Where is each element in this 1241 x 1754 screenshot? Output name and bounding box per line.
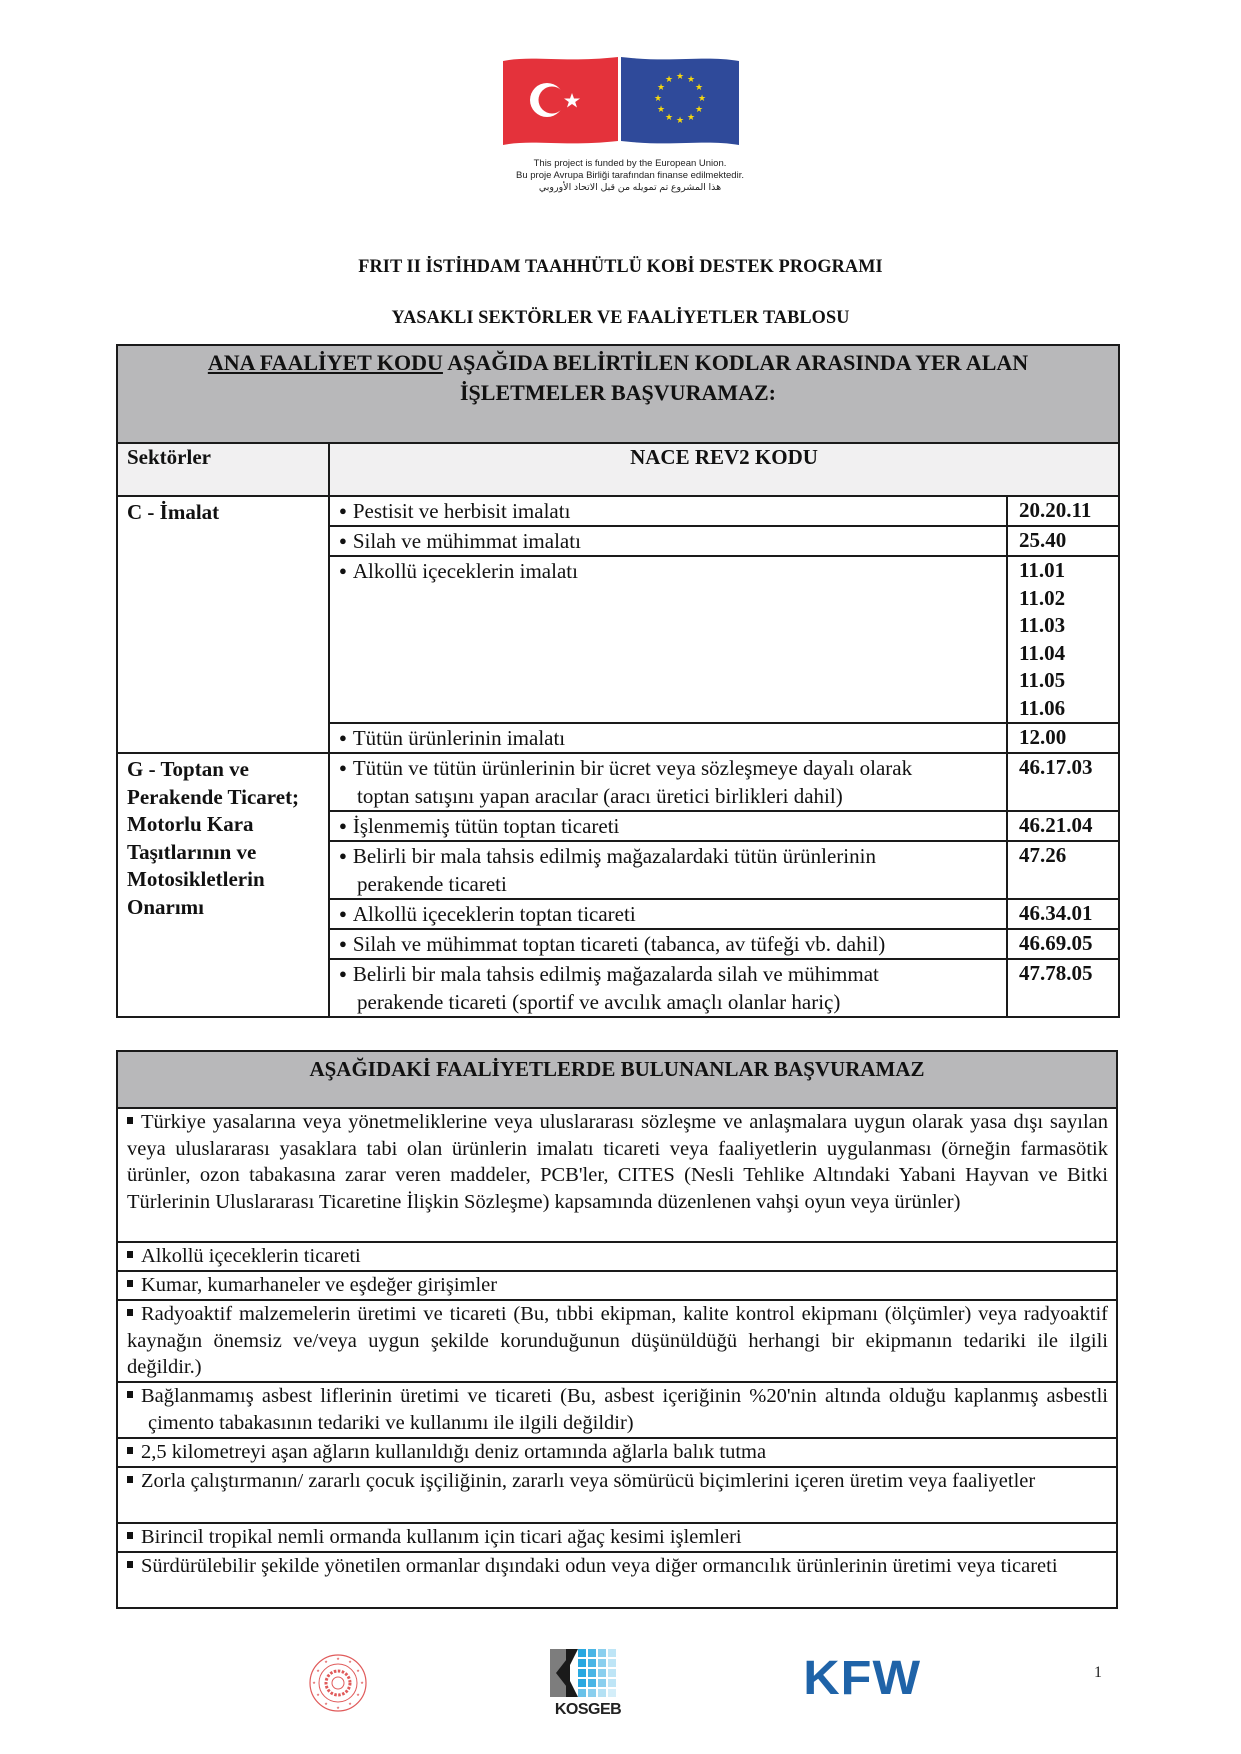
svg-text:★: ★ bbox=[324, 1659, 328, 1664]
eu-turkey-flags-logo: ★★★ ★★★ ★★★ ★★★ bbox=[503, 55, 739, 145]
svg-text:★: ★ bbox=[695, 105, 703, 115]
nace-code: 20.20.11 bbox=[1007, 496, 1119, 526]
svg-text:★: ★ bbox=[360, 1680, 364, 1685]
svg-text:★: ★ bbox=[676, 72, 684, 82]
list-item: Zorla çalıştırmanın/ zararlı çocuk işçil… bbox=[117, 1467, 1117, 1523]
table1-banner: ANA FAALİYET KODU AŞAĞIDA BELİRTİLEN KOD… bbox=[117, 345, 1119, 443]
svg-text:★: ★ bbox=[316, 1692, 320, 1697]
svg-text:★: ★ bbox=[665, 113, 673, 123]
banner-underlined: ANA FAALİYET KODU bbox=[208, 350, 443, 375]
nace-code: 25.40 bbox=[1007, 526, 1119, 556]
svg-text:★: ★ bbox=[657, 83, 665, 93]
table-row: G - Toptan ve Perakende Ticaret; Motorlu… bbox=[117, 753, 1119, 811]
kosgeb-grid-icon bbox=[548, 1645, 628, 1701]
activity-text: Alkollü içeceklerin toptan ticareti bbox=[353, 902, 636, 926]
svg-text:★: ★ bbox=[348, 1701, 352, 1706]
nace-code: 46.17.03 bbox=[1007, 753, 1119, 811]
nace-code: 46.34.01 bbox=[1007, 899, 1119, 929]
program-title: FRIT II İSTİHDAM TAAHHÜTLÜ KOBİ DESTEK P… bbox=[25, 256, 1216, 278]
svg-text:★: ★ bbox=[665, 75, 673, 85]
svg-text:★: ★ bbox=[348, 1659, 352, 1664]
bullet-icon bbox=[127, 1391, 133, 1398]
svg-text:★: ★ bbox=[356, 1668, 360, 1673]
list-item: Kumar, kumarhaneler ve eşdeğer girişimle… bbox=[117, 1271, 1117, 1300]
eu-flag-icon: ★★★ ★★★ ★★★ ★★★ bbox=[621, 57, 739, 145]
bullet-icon bbox=[127, 1532, 133, 1539]
header-sectors: Sektörler bbox=[117, 443, 329, 496]
nace-code: 47.78.05 bbox=[1007, 959, 1119, 1017]
nace-code-list: 11.01 11.02 11.03 11.04 11.05 11.06 bbox=[1007, 556, 1119, 723]
prohibited-activities-table: AŞAĞIDAKİ FAALİYETLERDE BULUNANLAR BAŞVU… bbox=[116, 1050, 1118, 1609]
svg-text:★: ★ bbox=[695, 83, 703, 93]
nace-code: 46.21.04 bbox=[1007, 811, 1119, 841]
bullet-icon bbox=[127, 1309, 133, 1316]
banner-line2: İŞLETMELER BAŞVURAMAZ: bbox=[460, 380, 776, 405]
list-item: 2,5 kilometreyi aşan ağların kullanıldığ… bbox=[117, 1438, 1117, 1467]
activity-text: Belirli bir mala tahsis edilmiş mağazala… bbox=[353, 844, 876, 868]
svg-text:★: ★ bbox=[676, 116, 684, 126]
bullet-icon bbox=[127, 1561, 133, 1568]
bullet-icon bbox=[127, 1476, 133, 1483]
prohibited-sectors-table: ANA FAALİYET KODU AŞAĞIDA BELİRTİLEN KOD… bbox=[116, 344, 1120, 1018]
svg-text:★: ★ bbox=[698, 94, 706, 104]
banner-rest: AŞAĞIDA BELİRTİLEN KODLAR ARASINDA YER A… bbox=[443, 350, 1028, 375]
list-item: Sürdürülebilir şekilde yönetilen ormanla… bbox=[117, 1552, 1117, 1608]
eu-funding-caption: This project is funded by the European U… bbox=[430, 158, 830, 194]
list-item: Alkollü içeceklerin ticareti bbox=[117, 1242, 1117, 1271]
activity-text: İşlenmemiş tütün toptan ticareti bbox=[353, 814, 620, 838]
list-item: Bağlanmamış asbest liflerinin üretimi ve… bbox=[117, 1382, 1117, 1438]
page-number: 1 bbox=[1094, 1664, 1102, 1682]
activity-text: Alkollü içeceklerin imalatı bbox=[353, 559, 578, 583]
kfw-logo: KFW bbox=[803, 1651, 921, 1706]
bullet-icon bbox=[127, 1280, 133, 1287]
nace-code: 12.00 bbox=[1007, 723, 1119, 753]
svg-text:★: ★ bbox=[687, 113, 695, 123]
sector-cell: C - İmalat bbox=[117, 496, 329, 753]
activity-text: Pestisit ve herbisit imalatı bbox=[353, 499, 571, 523]
kosgeb-logo: KOSGEB bbox=[548, 1645, 628, 1720]
list-item: Türkiye yasalarına veya yönetmeliklerine… bbox=[117, 1108, 1117, 1242]
bullet-icon bbox=[127, 1447, 133, 1454]
activity-text: Silah ve mühimmat toptan ticareti (taban… bbox=[353, 932, 885, 956]
svg-text:★: ★ bbox=[657, 105, 665, 115]
bullet-icon bbox=[127, 1117, 133, 1124]
svg-text:★: ★ bbox=[654, 94, 662, 104]
header-nace: NACE REV2 KODU bbox=[329, 443, 1119, 496]
activity-text: Tütün ürünlerinin imalatı bbox=[353, 726, 565, 750]
table2-banner: AŞAĞIDAKİ FAALİYETLERDE BULUNANLAR BAŞVU… bbox=[117, 1051, 1117, 1108]
caption-en: This project is funded by the European U… bbox=[430, 158, 830, 170]
table-row: C - İmalat ●Pestisit ve herbisit imalatı… bbox=[117, 496, 1119, 526]
svg-text:★: ★ bbox=[687, 75, 695, 85]
ministry-seal-logo: ★★★★ ★★★★ ★★★★ bbox=[308, 1653, 368, 1713]
svg-text:★: ★ bbox=[312, 1680, 316, 1685]
bullet-icon bbox=[127, 1251, 133, 1258]
turkey-flag-icon bbox=[503, 57, 618, 145]
list-item: Birincil tropikal nemli ormanda kullanım… bbox=[117, 1523, 1117, 1552]
svg-text:★: ★ bbox=[336, 1705, 340, 1710]
sector-cell: G - Toptan ve Perakende Ticaret; Motorlu… bbox=[117, 753, 329, 1017]
svg-text:★: ★ bbox=[324, 1701, 328, 1706]
svg-text:★: ★ bbox=[356, 1692, 360, 1697]
svg-text:★: ★ bbox=[336, 1656, 340, 1661]
caption-tr: Bu proje Avrupa Birliği tarafından finan… bbox=[430, 170, 830, 182]
activity-text: Tütün ve tütün ürünlerinin bir ücret vey… bbox=[353, 756, 912, 780]
activity-text: Belirli bir mala tahsis edilmiş mağazala… bbox=[353, 962, 879, 986]
caption-ar: هذا المشروع تم تمويله من قبل الاتحاد الأ… bbox=[430, 182, 830, 194]
activity-text: Silah ve mühimmat imalatı bbox=[353, 529, 581, 553]
svg-text:★: ★ bbox=[316, 1668, 320, 1673]
kosgeb-label: KOSGEB bbox=[548, 1701, 628, 1719]
nace-code: 46.69.05 bbox=[1007, 929, 1119, 959]
list-item: Radyoaktif malzemelerin üretimi ve ticar… bbox=[117, 1300, 1117, 1382]
table-title: YASAKLI SEKTÖRLER VE FAALİYETLER TABLOSU bbox=[25, 307, 1216, 329]
nace-code: 47.26 bbox=[1007, 841, 1119, 899]
